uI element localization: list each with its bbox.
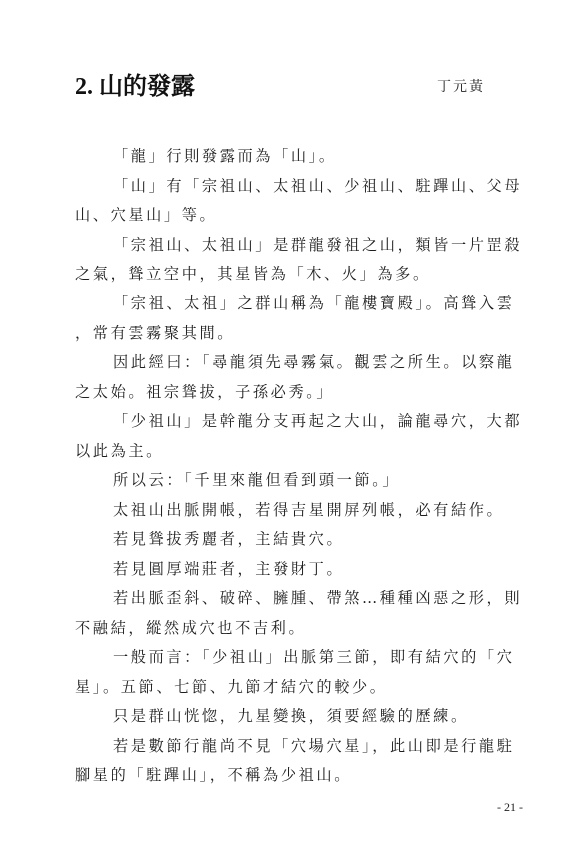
text-line: 若出脈歪斜、破碎、臃腫、帶煞…種種凶惡之形，則 (113, 587, 522, 608)
text-line: 若見聳拔秀麗者，主結貴穴。 (113, 528, 344, 549)
text-line: 「宗祖、太祖」之群山稱為「龍樓寶殿」。高聳入雲 (113, 292, 515, 313)
text-line: 太祖山出脈開帳，若得吉星開屏列帳，必有結作。 (113, 499, 504, 520)
text-line: 若是數節行龍尚不見「穴場穴星」，此山即是行龍駐 (113, 735, 515, 756)
page-number: - 21 - (497, 800, 523, 815)
text-line: 「山」有「宗祖山、太祖山、少祖山、駐蹕山、父母 (113, 175, 522, 196)
text-line: 以此為主。 (75, 440, 164, 461)
text-line: 「宗祖山、太祖山」是群龍發祖之山，類皆一片罡殺 (113, 234, 522, 255)
text-line: 山、穴星山」等。 (75, 204, 217, 225)
text-line: 因此經曰：「尋龍須先尋霧氣。觀雲之所生。以察龍 (113, 351, 515, 372)
text-line: 所以云：「千里來龍但看到頭一節。」 (113, 469, 400, 490)
text-line: 不融結，縱然成穴也不吉利。 (75, 617, 306, 638)
text-line: 只是群山恍惚，九星變換，須要經驗的歷練。 (113, 705, 469, 726)
chapter-title: 2. 山的發露 (75, 66, 195, 101)
text-line: 「龍」行則發露而為「山」。 (113, 145, 337, 166)
text-line: 之氣，聳立空中，其星皆為「木、火」為多。 (75, 263, 431, 284)
text-line: 之太始。祖宗聳拔，子孫必秀。」 (75, 381, 334, 402)
text-line: 一般而言：「少祖山」出脈第三節，即有結穴的「穴 (113, 646, 515, 667)
text-line: 腳星的「駐蹕山」，不稱為少祖山。 (75, 764, 352, 785)
text-line: 星」。五節、七節、九節才結穴的較少。 (75, 676, 388, 697)
text-line: ，常有雲霧聚其間。 (75, 322, 235, 343)
text-line: 若見圓厚端莊者，主發財丁。 (113, 558, 344, 579)
text-line: 「少祖山」是幹龍分支再起之大山，論龍尋穴，大都 (113, 410, 522, 431)
author-name: 丁元黃 (437, 76, 485, 96)
